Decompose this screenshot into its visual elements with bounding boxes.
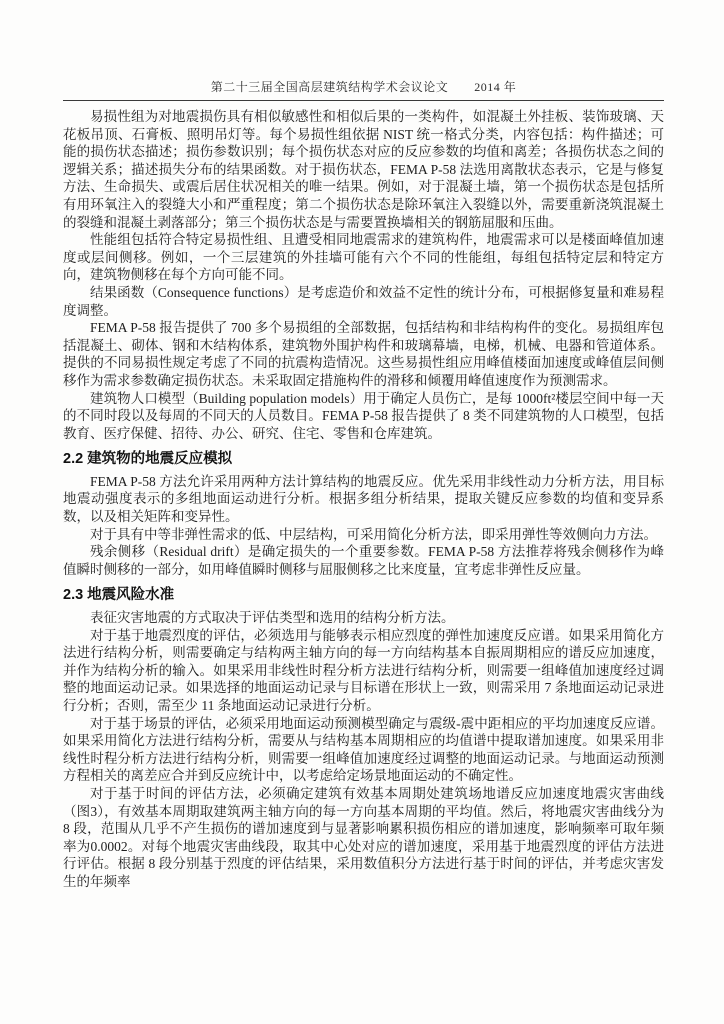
header-rule	[63, 100, 664, 101]
paragraph: 残余侧移（Residual drift）是确定损失的一个重要参数。FEMA P-…	[63, 543, 664, 578]
paragraph: FEMA P-58 方法允许采用两种方法计算结构的地震反应。优先采用非线性动力分…	[63, 473, 664, 526]
paragraph: 易损性组为对地震损伤具有相似敏感性和相似后果的一类构件，如混凝土外挂板、装饰玻璃…	[63, 108, 664, 231]
section-heading-2-2: 2.2 建筑物的地震反应模拟	[63, 451, 664, 469]
paragraph: 表征灾害地震的方式取决于评估类型和选用的结构分析方法。	[63, 609, 664, 627]
paper-content: 易损性组为对地震损伤具有相似敏感性和相似后果的一类构件，如混凝土外挂板、装饰玻璃…	[63, 108, 664, 891]
paragraph: 结果函数（Consequence functions）是考虑造价和效益不定性的统…	[63, 284, 664, 319]
section-heading-2-3: 2.3 地震风险水准	[63, 587, 664, 605]
paragraph: 性能组包括符合特定易损性组、且遭受相同地震需求的建筑构件，地震需求可以是楼面峰值…	[63, 231, 664, 284]
paper-page: 第二十三届全国高层建筑结构学术会议论文2014 年 易损性组为对地震损伤具有相似…	[0, 0, 724, 1024]
paragraph: 建筑物人口模型（Building population models）用于确定人…	[63, 390, 664, 443]
header-year: 2014 年	[474, 80, 516, 94]
paragraph: 对于基于时间的评估方法，必须确定建筑有效基本周期处建筑场地谱反应加速度地震灾害曲…	[63, 785, 664, 891]
paragraph: 对于基于场景的评估，必须采用地面运动预测模型确定与震级-震中距相应的平均加速度反…	[63, 715, 664, 785]
paragraph: 对于具有中等非弹性需求的低、中层结构，可采用简化分析方法，即采用弹性等效侧向力方…	[63, 526, 664, 544]
page-header: 第二十三届全国高层建筑结构学术会议论文2014 年	[63, 78, 664, 95]
paragraph: 对于基于地震烈度的评估，必须选用与能够表示相应烈度的弹性加速度反应谱。如果采用简…	[63, 627, 664, 715]
paragraph: FEMA P-58 报告提供了 700 多个易损组的全部数据，包括结构和非结构构…	[63, 319, 664, 389]
conference-title: 第二十三届全国高层建筑结构学术会议论文	[211, 80, 449, 94]
